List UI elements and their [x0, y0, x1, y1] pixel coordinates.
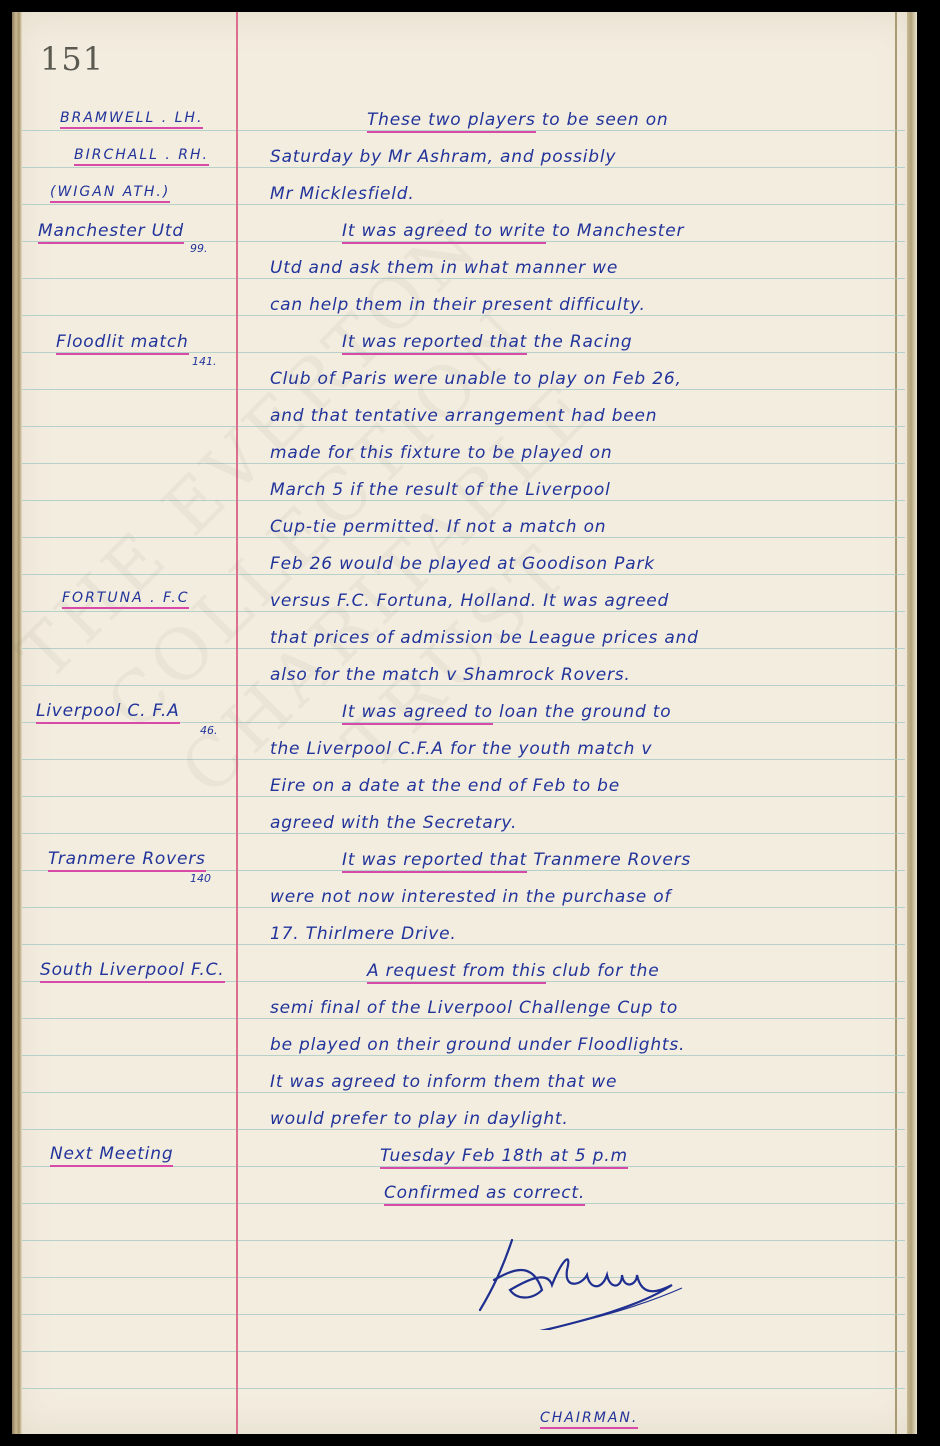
ledger-page: THE EVERTON COLLECTION CHARITABLE TRUST …: [12, 12, 917, 1434]
ruled-line: [22, 1351, 905, 1352]
minutes-line: Tuesday Feb 18th at 5 p.m: [380, 1146, 628, 1166]
minutes-line: can help them in their present difficult…: [270, 295, 646, 315]
ruled-line: [22, 315, 905, 316]
margin-heading-bramwell: BRAMWELL . LH.: [60, 110, 203, 126]
margin-heading-fortuna: FORTUNA . F.C: [62, 590, 189, 606]
ruled-line: [22, 611, 905, 612]
line-remainder: club for the: [546, 961, 660, 981]
red-margin-line: [236, 12, 238, 1434]
page-binding: [12, 12, 22, 1434]
minutes-line: It was agreed to write to Manchester: [342, 221, 684, 241]
minutes-line: It was agreed to inform them that we: [270, 1072, 617, 1092]
ruled-line: [22, 1388, 905, 1389]
minutes-line: would prefer to play in daylight.: [270, 1109, 569, 1129]
ruled-line: [22, 1018, 905, 1019]
minute-ref-46: 46.: [200, 724, 218, 737]
minutes-line: Mr Micklesfield.: [270, 184, 415, 204]
minute-ref-141: 141.: [192, 355, 217, 368]
underlined-phrase: It was reported that: [342, 850, 527, 873]
ruled-line: [22, 685, 905, 686]
chairman-signature: [472, 1230, 732, 1330]
minutes-line: March 5 if the result of the Liverpool: [270, 480, 611, 500]
minutes-line: semi final of the Liverpool Challenge Cu…: [270, 998, 678, 1018]
ruled-line: [22, 1129, 905, 1130]
ruled-line: [22, 833, 905, 834]
minutes-line: It was reported that Tranmere Rovers: [342, 850, 691, 870]
minutes-line: be played on their ground under Floodlig…: [270, 1035, 685, 1055]
minutes-line: A request from this club for the: [367, 961, 660, 981]
minutes-line: also for the match v Shamrock Rovers.: [270, 665, 631, 685]
minutes-line: Club of Paris were unable to play on Feb…: [270, 369, 682, 389]
minutes-line: It was agreed to loan the ground to: [342, 702, 671, 722]
line-remainder: to be seen on: [536, 110, 669, 130]
minutes-line: Confirmed as correct.: [384, 1183, 585, 1203]
ruled-line: [22, 426, 905, 427]
ruled-line: [22, 500, 905, 501]
line-remainder: to Manchester: [546, 221, 684, 241]
chairman-title: CHAIRMAN.: [540, 1410, 638, 1426]
watermark: THE EVERTON COLLECTION CHARITABLE TRUST: [12, 188, 917, 1136]
minutes-line: versus F.C. Fortuna, Holland. It was agr…: [270, 591, 669, 611]
minutes-line: Eire on a date at the end of Feb to be: [270, 776, 620, 796]
minutes-line: 17. Thirlmere Drive.: [270, 924, 457, 944]
minutes-line: were not now interested in the purchase …: [270, 887, 671, 907]
underlined-phrase: These two players: [367, 110, 536, 133]
ruled-line: [22, 1240, 905, 1241]
line-remainder: Tranmere Rovers: [527, 850, 691, 870]
minute-ref-99: 99.: [190, 242, 208, 255]
minutes-line: and that tentative arrangement had been: [270, 406, 657, 426]
minutes-line: Saturday by Mr Ashram, and possibly: [270, 147, 616, 167]
ruled-line: [22, 204, 905, 205]
ruled-line: [22, 759, 905, 760]
minutes-line: It was reported that the Racing: [342, 332, 633, 352]
ruled-line: [22, 907, 905, 908]
ruled-line: [22, 648, 905, 649]
ruled-line: [22, 1092, 905, 1093]
margin-heading-liverpool-cfa: Liverpool C. F.A: [36, 701, 180, 721]
minute-ref-140: 140: [190, 872, 211, 885]
margin-heading-tranmere-rovers: Tranmere Rovers: [48, 849, 206, 869]
ruled-line: [22, 537, 905, 538]
underlined-phrase: A request from this: [367, 961, 546, 984]
underlined-phrase: It was agreed to: [342, 702, 493, 725]
minutes-line: Utd and ask them in what manner we: [270, 258, 618, 278]
page-fore-edge: [907, 12, 917, 1434]
ruled-line: [22, 1277, 905, 1278]
underlined-phrase: It was reported that: [342, 332, 527, 355]
margin-heading-floodlit-match: Floodlit match: [56, 332, 189, 352]
ruled-line: [22, 944, 905, 945]
underlined-phrase: It was agreed to write: [342, 221, 546, 244]
minutes-line: the Liverpool C.F.A for the youth match …: [270, 739, 652, 759]
ruled-line: [22, 1314, 905, 1315]
minutes-line: made for this fixture to be played on: [270, 443, 612, 463]
ruled-line: [22, 389, 905, 390]
margin-heading-south-liverpool: South Liverpool F.C.: [40, 960, 225, 980]
margin-heading-birchall: BIRCHALL . RH.: [74, 147, 209, 163]
ruled-line: [22, 463, 905, 464]
ruled-line: [22, 1055, 905, 1056]
line-remainder: loan the ground to: [493, 702, 672, 722]
minutes-line: Cup-tie permitted. If not a match on: [270, 517, 606, 537]
underlined-phrase: Tuesday Feb 18th at 5 p.m: [380, 1146, 628, 1169]
line-remainder: the Racing: [527, 332, 632, 352]
ruled-line: [22, 574, 905, 575]
minutes-line: Feb 26 would be played at Goodison Park: [270, 554, 655, 574]
margin-heading-manchester-utd: Manchester Utd: [38, 221, 184, 241]
minutes-line: that prices of admission be League price…: [270, 628, 699, 648]
minutes-line: These two players to be seen on: [367, 110, 668, 130]
ruled-line: [22, 167, 905, 168]
underlined-phrase: Confirmed as correct.: [384, 1183, 585, 1206]
ruled-line: [22, 796, 905, 797]
margin-heading-wigan: (WIGAN ATH.): [50, 184, 170, 200]
ruled-line: [22, 278, 905, 279]
page-number: 151: [40, 40, 104, 78]
minutes-line: agreed with the Secretary.: [270, 813, 517, 833]
margin-heading-next-meeting: Next Meeting: [50, 1144, 173, 1164]
